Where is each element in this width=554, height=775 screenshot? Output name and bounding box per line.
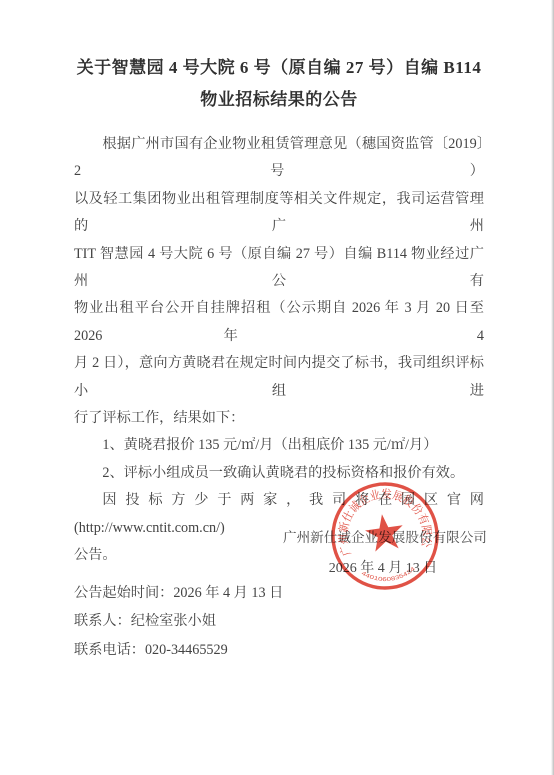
body-line: 根据广州市国有企业物业租赁管理意见（穗国资监管〔2019〕2 号） bbox=[74, 131, 484, 186]
body-line: 行了评标工作，结果如下： bbox=[74, 405, 484, 432]
body-line: 月 2 日），意向方黄晓君在规定时间内提交了标书，我司组织评标小组进 bbox=[74, 350, 484, 405]
signature-company-name: 广州新仕诚企业发展股份有限公司 bbox=[283, 529, 483, 547]
body-line: 以及轻工集团物业出租管理制度等相关文件规定，我司运营管理的广州 bbox=[74, 186, 484, 241]
page-title: 关于智慧园 4 号大院 6 号（原自编 27 号）自编 B114 物业招标结果的… bbox=[74, 52, 484, 116]
body-line: TIT 智慧园 4 号大院 6 号（原自编 27 号）自编 B114 物业经过广… bbox=[74, 241, 484, 296]
contact-phone: 联系电话：020-34465529 bbox=[74, 636, 484, 665]
contact-block: 公告起始时间：2026 年 4 月 13 日 联系人：纪检室张小姐 联系电话：0… bbox=[74, 579, 484, 665]
bid-result-item-1: 1、黄晓君报价 135 元/㎡/月（出租底价 135 元/㎡/月） bbox=[74, 432, 484, 459]
bid-result-item-2: 2、评标小组成员一致确认黄晓君的投标资格和报价有效。 bbox=[74, 460, 484, 487]
scanned-announcement-page: 关于智慧园 4 号大院 6 号（原自编 27 号）自编 B114 物业招标结果的… bbox=[0, 0, 554, 775]
announce-start-time: 公告起始时间：2026 年 4 月 13 日 bbox=[74, 579, 484, 608]
title-line-1: 关于智慧园 4 号大院 6 号（原自编 27 号）自编 B114 bbox=[74, 52, 484, 84]
title-line-2: 物业招标结果的公告 bbox=[74, 84, 484, 116]
signature-block: 广州新仕诚企业发展股份有限公司 2026 年 4 月 13 日 bbox=[283, 529, 483, 578]
signature-date: 2026 年 4 月 13 日 bbox=[283, 560, 483, 578]
contact-person: 联系人：纪检室张小姐 bbox=[74, 607, 484, 636]
body-line: 物业出租平台公开自挂牌招租（公示期自 2026 年 3 月 20 日至 2026… bbox=[74, 295, 484, 350]
body-paragraphs: 根据广州市国有企业物业租赁管理意见（穗国资监管〔2019〕2 号） 以及轻工集团… bbox=[74, 131, 484, 664]
